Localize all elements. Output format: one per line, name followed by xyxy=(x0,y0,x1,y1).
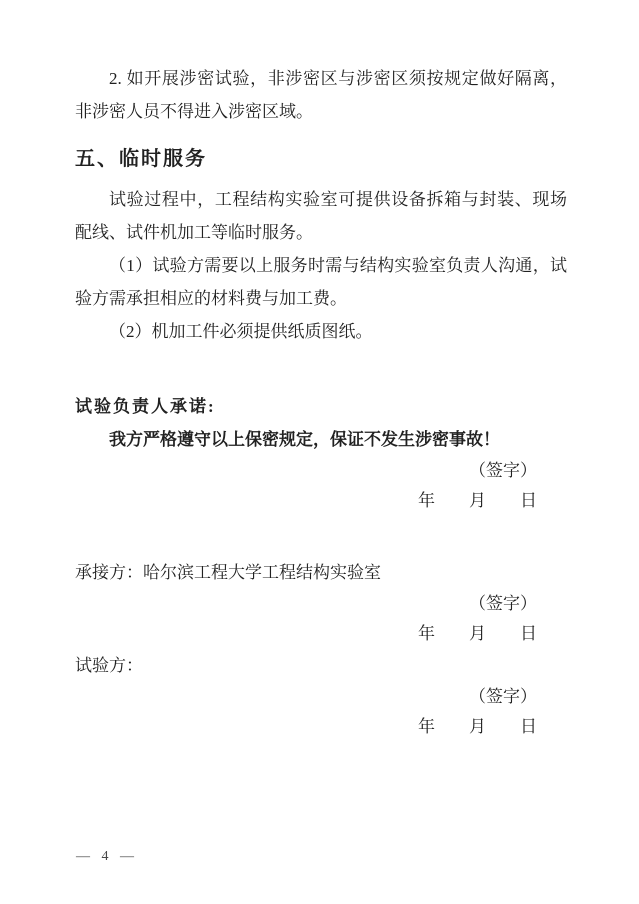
service-note-2: （2）机加工件必须提供纸质图纸。 xyxy=(75,315,567,348)
signature-block-tester: （签字） 年 月 日 xyxy=(75,682,567,742)
sign-label: （签字） xyxy=(75,456,567,486)
commitment-statement: 我方严格遵守以上保密规定，保证不发生涉密事故！ xyxy=(75,423,567,456)
sign-label: （签字） xyxy=(75,682,567,712)
party-undertaker: 承接方：哈尔滨工程大学工程结构实验室 xyxy=(75,556,567,589)
document-page: 2. 如开展涉密试验，非涉密区与涉密区须按规定做好隔离，非涉密人员不得进入涉密区… xyxy=(0,0,639,904)
commitment-title: 试验负责人承诺: xyxy=(75,390,567,423)
party-tester: 试验方： xyxy=(75,649,567,682)
signature-block-undertaker: （签字） 年 月 日 xyxy=(75,589,567,649)
document-body: 2. 如开展涉密试验，非涉密区与涉密区须按规定做好隔离，非涉密人员不得进入涉密区… xyxy=(75,52,567,742)
service-note-1: （1）试验方需要以上服务时需与结构实验室负责人沟通，试验方需承担相应的材料费与加… xyxy=(75,249,567,315)
section-intro: 试验过程中，工程结构实验室可提供设备拆箱与封装、现场配线、试件机加工等临时服务。 xyxy=(75,183,567,249)
date-label: 年 月 日 xyxy=(75,712,567,742)
list-item-2: 2. 如开展涉密试验，非涉密区与涉密区须按规定做好隔离，非涉密人员不得进入涉密区… xyxy=(75,62,567,128)
signature-block-leader: （签字） 年 月 日 xyxy=(75,456,567,516)
date-label: 年 月 日 xyxy=(75,486,567,516)
section-heading: 五、临时服务 xyxy=(75,143,567,176)
date-label: 年 月 日 xyxy=(75,619,567,649)
page-number: — 4 — xyxy=(76,849,135,865)
sign-label: （签字） xyxy=(75,589,567,619)
